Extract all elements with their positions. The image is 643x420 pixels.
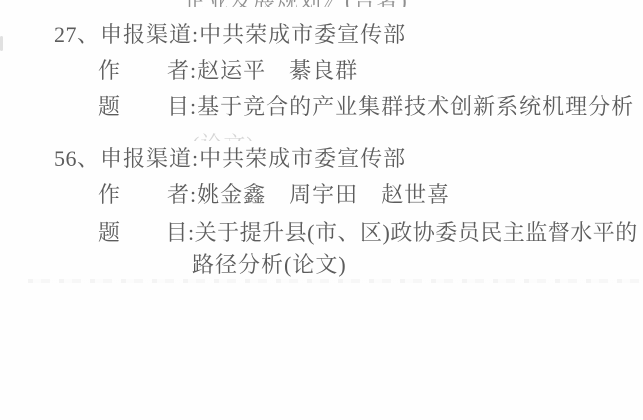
scan-artifact-left-edge bbox=[0, 36, 3, 51]
author-label: 作 者 bbox=[98, 182, 190, 207]
author-label: 作 者 bbox=[98, 58, 190, 83]
title-value: 关于提升县(市、区)政协委员民主监督水平的 bbox=[195, 220, 638, 245]
entry-56-title-continuation: 路径分析(论文) bbox=[192, 252, 347, 278]
title-continuation: 路径分析(论文) bbox=[192, 252, 347, 277]
entry-27-channel-line: 27、申报渠道:中共荣成市委宣传部 bbox=[54, 22, 406, 48]
entry-27-author-line: 作 者:赵运平 綦良群 bbox=[98, 58, 358, 84]
scan-noise-band bbox=[28, 279, 643, 283]
entry-number: 27 bbox=[54, 22, 77, 47]
author-value: 赵运平 綦良群 bbox=[197, 58, 358, 83]
title-value: 基于竞合的产业集群技术创新系统机理分析 bbox=[197, 94, 634, 119]
channel-label: 申报渠道 bbox=[100, 22, 192, 47]
entry-56-author-line: 作 者:姚金鑫 周宇田 赵世喜 bbox=[98, 182, 450, 208]
title-label: 题 目 bbox=[98, 220, 188, 245]
entry-27-title-line: 题 目:基于竞合的产业集群技术创新系统机理分析 bbox=[98, 94, 634, 120]
entry-separator: 、 bbox=[77, 22, 100, 47]
entry-56-channel-line: 56、申报渠道:中共荣成市委宣传部 bbox=[54, 146, 406, 172]
entry-number: 56 bbox=[54, 146, 77, 171]
entry-56-title-line: 题 目:关于提升县(市、区)政协委员民主监督水平的 bbox=[98, 220, 638, 246]
clipped-previous-line: 企业发展规划》(合著) bbox=[184, 0, 408, 7]
channel-value: 中共荣成市委宣传部 bbox=[199, 22, 406, 47]
title-label: 题 目 bbox=[98, 94, 190, 119]
channel-label: 申报渠道 bbox=[100, 146, 192, 171]
entry-27-title-continuation-faded: (论文) bbox=[192, 128, 255, 141]
author-value: 姚金鑫 周宇田 赵世喜 bbox=[197, 182, 450, 207]
scanned-document-page: 企业发展规划》(合著) 27、申报渠道:中共荣成市委宣传部 作 者:赵运平 綦良… bbox=[0, 0, 643, 420]
label-colon: : bbox=[188, 220, 195, 245]
title-continuation: (论文) bbox=[192, 128, 255, 141]
entry-separator: 、 bbox=[77, 146, 100, 171]
clipped-previous-line-text: 企业发展规划》(合著) bbox=[184, 0, 408, 7]
channel-value: 中共荣成市委宣传部 bbox=[199, 146, 406, 171]
